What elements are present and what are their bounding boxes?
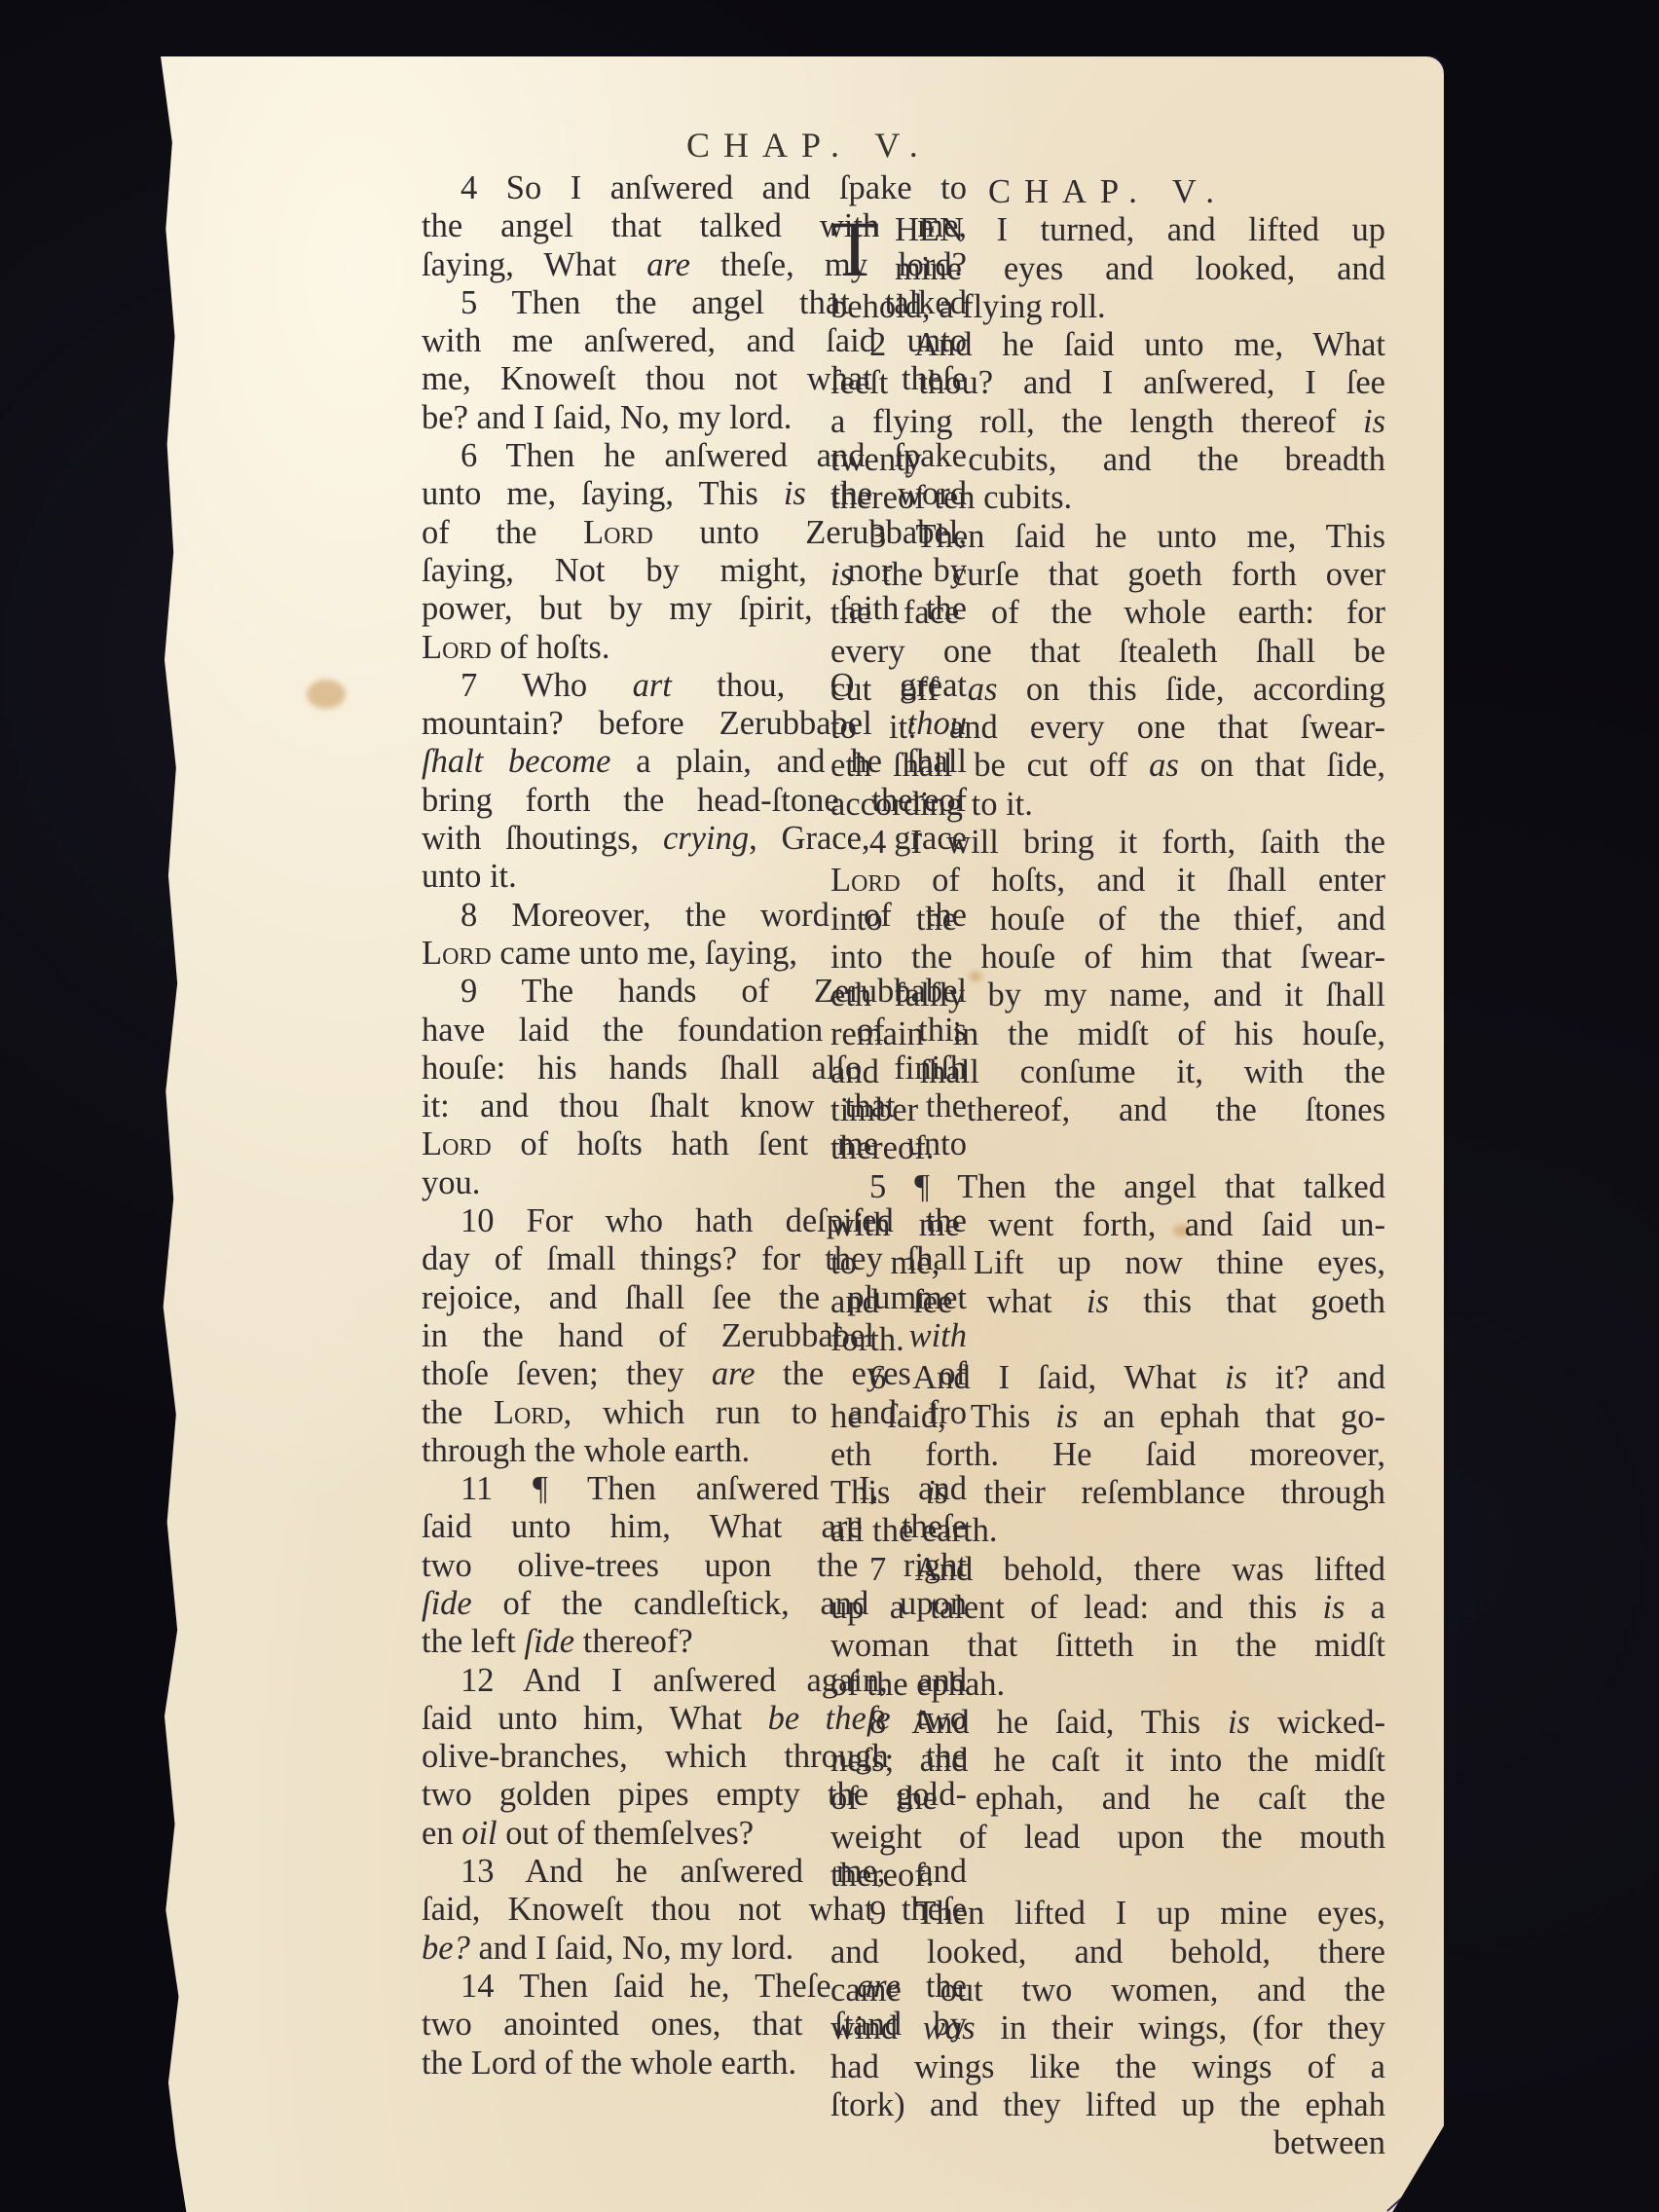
text-line: mine eyes and looked, and xyxy=(830,250,1385,288)
text-segment: 3 Then ſaid he unto me, This xyxy=(869,518,1385,555)
text-line: 4 I will bring it forth, ſaith the xyxy=(830,824,1385,862)
text-line: Lord of hoſts, and it ſhall enter xyxy=(830,862,1385,900)
italic-text: as xyxy=(968,671,998,708)
text-segment: 7 Who xyxy=(461,667,633,704)
italic-text: is xyxy=(1225,1359,1247,1396)
text-segment: ſtork) and they lifted up the ephah xyxy=(830,2086,1385,2123)
text-line: and ſee what is this that goeth xyxy=(830,1283,1385,1321)
italic-text: are xyxy=(712,1355,756,1392)
text-segment: into the houſe of the thief, and xyxy=(830,901,1385,938)
text-line: thereof ten cubits. xyxy=(830,479,1385,517)
text-line: This is their reſemblance through xyxy=(830,1474,1385,1512)
italic-text: ſide xyxy=(422,1585,472,1622)
text-segment: in their wings, (for they xyxy=(976,2009,1385,2046)
running-head: CHAP. V. xyxy=(686,125,932,166)
text-segment: 5 ¶ Then the angel that talked xyxy=(869,1168,1385,1205)
text-line: every one that ſtealeth ſhall be xyxy=(830,633,1385,671)
text-segment: their reſemblance through xyxy=(948,1474,1385,1511)
text-line: eth falſly by my name, and it ſhall xyxy=(830,977,1385,1014)
italic-text: be? xyxy=(422,1930,470,1967)
text-line: wind was in their wings, (for they xyxy=(830,2009,1385,2047)
text-line: HEN I turned, and lifted up xyxy=(830,211,1385,249)
text-line: and ſhall conſume it, with the xyxy=(830,1053,1385,1091)
text-line: eth ſhall be cut off as on that ſide, xyxy=(830,747,1385,785)
text-line: forth. xyxy=(830,1321,1385,1359)
italic-text: ſhalt become xyxy=(422,743,610,780)
text-segment: ſeeſt thou? and I anſwered, I ſee xyxy=(830,364,1385,401)
text-line: weight of lead upon the mouth xyxy=(830,1819,1385,1857)
italic-text: is xyxy=(1322,1589,1345,1626)
text-line: thereof. xyxy=(830,1129,1385,1167)
text-segment: thoſe ſeven; they xyxy=(422,1355,712,1392)
small-caps-text: Lord xyxy=(583,514,653,551)
text-line: a flying roll, the length thereof is xyxy=(830,403,1385,441)
italic-text: is xyxy=(1087,1283,1109,1320)
text-line: timber thereof, and the ſtones xyxy=(830,1091,1385,1129)
text-line: of the ephah, and he caſt the xyxy=(830,1780,1385,1818)
text-segment: of hoſts, and it ſhall enter xyxy=(901,862,1385,899)
text-line: he ſaid, This is an ephah that go- xyxy=(830,1398,1385,1436)
text-segment: and I ſaid, No, my lord. xyxy=(470,1930,793,1967)
text-line: according to it. xyxy=(830,786,1385,824)
italic-text: as xyxy=(1149,747,1179,784)
text-line: 5 ¶ Then the angel that talked xyxy=(830,1168,1385,1206)
text-line: with me went forth, and ſaid un- xyxy=(830,1206,1385,1244)
text-line: eth forth. He ſaid moreover, xyxy=(830,1436,1385,1474)
drop-cap: T xyxy=(830,215,879,283)
text-segment: of the xyxy=(422,514,583,551)
text-line: behold, a flying roll. xyxy=(830,288,1385,326)
text-segment: timber thereof, and the ſtones xyxy=(830,1091,1385,1128)
text-segment: ſaying, What xyxy=(422,246,646,283)
small-caps-text: Lord xyxy=(830,862,901,899)
text-line: into the houſe of the thief, and xyxy=(830,901,1385,939)
text-segment: you. xyxy=(422,1164,480,1201)
text-segment: HEN I turned, and lifted up xyxy=(895,211,1385,248)
text-segment: up a talent of lead: and this xyxy=(830,1589,1322,1626)
italic-text: is xyxy=(926,1474,948,1511)
text-segment: thereof ten cubits. xyxy=(830,479,1072,516)
italic-text: crying xyxy=(663,820,749,857)
text-segment: twenty cubits, and the breadth xyxy=(830,441,1385,478)
text-segment: on that ſide, xyxy=(1179,747,1385,784)
text-segment: he ſaid, This xyxy=(830,1398,1055,1435)
text-line: cut off as on this ſide, according xyxy=(830,671,1385,709)
text-segment: and ſhall conſume it, with the xyxy=(830,1053,1385,1090)
text-segment: every one that ſtealeth ſhall be xyxy=(830,633,1385,670)
text-segment: according to it. xyxy=(830,786,1033,823)
text-segment: eth falſly by my name, and it ſhall xyxy=(830,977,1385,1014)
text-segment: the left xyxy=(422,1623,524,1660)
text-segment: unto it. xyxy=(422,858,517,895)
small-caps-text: Lord xyxy=(422,935,492,972)
text-segment: of hoſts. xyxy=(492,629,610,666)
text-segment: an ephah that go- xyxy=(1078,1398,1385,1435)
text-line: the face of the whole earth: for xyxy=(830,594,1385,632)
italic-text: is xyxy=(784,475,806,512)
text-segment: This xyxy=(830,1474,926,1511)
text-segment: weight of lead upon the mouth xyxy=(830,1819,1385,1856)
text-segment: came unto me, ſaying, xyxy=(492,935,797,972)
italic-text: art xyxy=(633,667,672,704)
text-segment: to me, Lift up now thine eyes, xyxy=(830,1244,1385,1281)
text-line: of the ephah. xyxy=(830,1666,1385,1704)
text-line: ſeeſt thou? and I anſwered, I ſee xyxy=(830,364,1385,402)
text-segment: the curſe that goeth forth over xyxy=(853,556,1385,593)
text-segment: to it: and every one that ſwear- xyxy=(830,709,1385,746)
text-segment: this that goeth xyxy=(1109,1283,1385,1320)
text-segment: unto me, ſaying, This xyxy=(422,475,784,512)
text-segment: the Lord of the whole earth. xyxy=(422,2045,796,2082)
text-segment: it? and xyxy=(1247,1359,1385,1396)
text-line: up a talent of lead: and this is a xyxy=(830,1589,1385,1627)
text-line: twenty cubits, and the breadth xyxy=(830,441,1385,479)
text-line: thereof. xyxy=(830,1857,1385,1895)
small-caps-text: Lord xyxy=(422,629,492,666)
text-line: ſtork) and they lifted up the ephah xyxy=(830,2086,1385,2124)
text-line: 8 And he ſaid, This is wicked- xyxy=(830,1704,1385,1742)
text-segment: behold, a flying roll. xyxy=(830,288,1106,325)
catchword: between xyxy=(830,2124,1385,2162)
text-line: came out two women, and the xyxy=(830,1972,1385,2009)
foxing-stain xyxy=(307,680,346,709)
text-line: 9 Then lifted I up mine eyes, xyxy=(830,1895,1385,1933)
text-line: 3 Then ſaid he unto me, This xyxy=(830,518,1385,556)
italic-text: ſide xyxy=(524,1623,574,1660)
small-caps-text: Lord xyxy=(494,1394,564,1431)
text-line: to it: and every one that ſwear- xyxy=(830,709,1385,747)
text-segment: came out two women, and the xyxy=(830,1972,1385,2009)
italic-text: oil xyxy=(461,1815,497,1852)
text-segment: all the earth. xyxy=(830,1512,997,1549)
text-line: remain in the midſt of his houſe, xyxy=(830,1015,1385,1053)
text-segment: a flying roll, the length thereof xyxy=(830,403,1363,440)
text-segment: and looked, and behold, there xyxy=(830,1934,1385,1971)
text-segment: eth forth. He ſaid moreover, xyxy=(830,1436,1385,1473)
text-line: neſs; and he caſt it into the midſt xyxy=(830,1742,1385,1780)
italic-text: is xyxy=(1228,1704,1250,1741)
text-line: all the earth. xyxy=(830,1512,1385,1550)
text-segment: 4 I will bring it forth, ſaith the xyxy=(869,824,1385,861)
text-segment: 9 Then lifted I up mine eyes, xyxy=(869,1895,1385,1932)
text-line: woman that ſitteth in the midſt xyxy=(830,1627,1385,1665)
text-segment: 2 And he ſaid unto me, What xyxy=(869,326,1385,363)
text-segment: thereof. xyxy=(830,1857,934,1894)
text-segment: be? and I ſaid, No, my lord. xyxy=(422,399,792,436)
text-segment: 14 Then ſaid he, Theſe xyxy=(461,1968,857,2005)
text-segment: through the whole earth. xyxy=(422,1432,750,1469)
text-segment: thereof? xyxy=(574,1623,693,1660)
text-segment: 6 And I ſaid, What xyxy=(869,1359,1225,1396)
italic-text: are xyxy=(646,246,690,283)
text-line: to me, Lift up now thine eyes, xyxy=(830,1244,1385,1282)
text-segment: out of themſelves? xyxy=(498,1815,754,1852)
text-segment: neſs; and he caſt it into the midſt xyxy=(830,1742,1385,1779)
text-segment: 7 And behold, there was lifted xyxy=(869,1551,1385,1588)
text-line: 6 And I ſaid, What is it? and xyxy=(830,1359,1385,1397)
text-segment: eth ſhall be cut off xyxy=(830,747,1149,784)
text-line: 2 And he ſaid unto me, What xyxy=(830,326,1385,364)
italic-text: is xyxy=(1055,1398,1078,1435)
text-segment: wicked- xyxy=(1250,1704,1385,1741)
right-column-lines: HEN I turned, and lifted upmine eyes and… xyxy=(830,211,1385,2124)
text-segment: mine eyes and looked, and xyxy=(895,250,1385,287)
italic-text: is xyxy=(830,556,853,593)
text-segment: had wings like the wings of a xyxy=(830,2048,1385,2085)
right-column: CHAP. V. T HEN I turned, and lifted upmi… xyxy=(830,173,1385,2162)
text-segment: on this ſide, according xyxy=(997,671,1385,708)
text-line: is the curſe that goeth forth over xyxy=(830,556,1385,594)
text-segment: 8 And he ſaid, This xyxy=(869,1704,1228,1741)
text-segment: of the ephah. xyxy=(830,1666,1005,1703)
italic-text: was xyxy=(923,2009,976,2046)
text-segment: the face of the whole earth: for xyxy=(830,594,1385,631)
pen-mark xyxy=(1386,2152,1453,2212)
text-segment: the xyxy=(422,1394,494,1431)
text-segment: wind xyxy=(830,2009,923,2046)
text-line: 7 And behold, there was lifted xyxy=(830,1551,1385,1589)
chapter-heading: CHAP. V. xyxy=(830,173,1385,211)
text-line: and looked, and behold, there xyxy=(830,1934,1385,1972)
text-segment: forth. xyxy=(830,1321,904,1358)
text-segment: and ſee what xyxy=(830,1283,1087,1320)
text-segment: en xyxy=(422,1815,461,1852)
text-line: had wings like the wings of a xyxy=(830,2048,1385,2086)
book-page: CHAP. V. 4 So I anſwered and ſpake tothe… xyxy=(161,56,1444,2212)
text-segment: thereof. xyxy=(830,1129,934,1166)
text-segment: remain in the midſt of his houſe, xyxy=(830,1015,1385,1052)
text-segment: cut off xyxy=(830,671,968,708)
text-segment: into the houſe of him that ſwear- xyxy=(830,939,1385,976)
text-line: into the houſe of him that ſwear- xyxy=(830,939,1385,977)
italic-text: is xyxy=(1363,403,1385,440)
text-segment: ſaid unto him, What xyxy=(422,1700,768,1737)
text-segment: of the ephah, and he caſt the xyxy=(830,1780,1385,1817)
text-segment: with ſhoutings, xyxy=(422,820,663,857)
small-caps-text: Lord xyxy=(422,1125,492,1162)
text-segment: with me went forth, and ſaid un- xyxy=(830,1206,1385,1243)
text-segment: woman that ſitteth in the midſt xyxy=(830,1627,1385,1664)
text-segment: a xyxy=(1345,1589,1385,1626)
